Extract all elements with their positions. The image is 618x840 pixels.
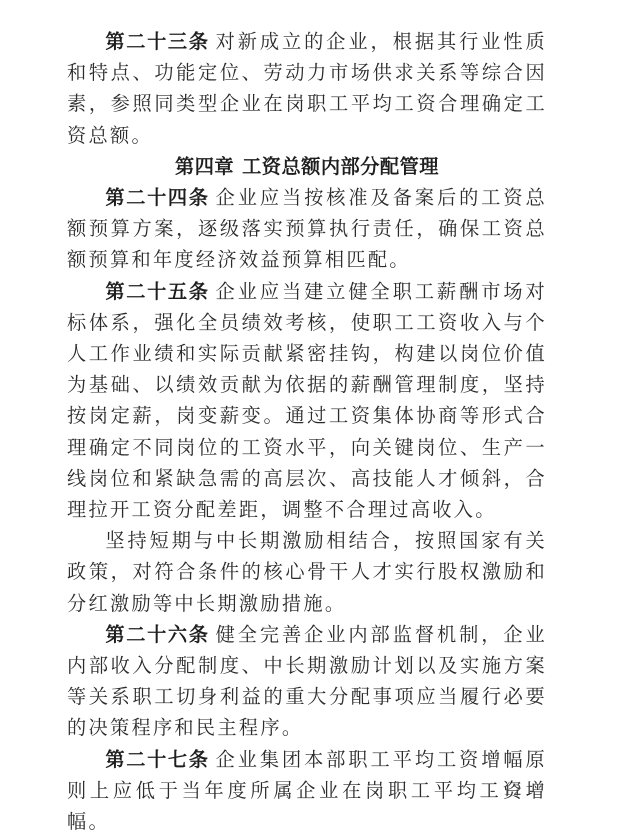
chapter-title: 工资总额内部分配管理 [242, 155, 439, 178]
article-number: 第二十六条 [105, 623, 209, 646]
article-25: 第二十五条企业应当建立健全职工薪酬市场对标体系，强化全员绩效考核，使职工工资收入… [67, 276, 547, 526]
article-number: 第二十四条 [105, 186, 209, 209]
article-number: 第二十七条 [105, 748, 209, 771]
article-text: 企业应当建立健全职工薪酬市场对标体系，强化全员绩效考核，使职工工资收入与个人工作… [67, 280, 547, 521]
page-number: - 12 - [490, 782, 537, 800]
article-27: 第二十七条企业集团本部职工平均工资增幅原则上应低于当年度所属企业在岗职工平均工资… [67, 744, 547, 838]
article-number: 第二十三条 [105, 30, 209, 53]
article-23: 第二十三条对新成立的企业，根据其行业性质和特点、功能定位、劳动力市场供求关系等综… [67, 26, 547, 151]
article-25-continuation: 坚持短期与中长期激励相结合，按照国家有关政策，对符合条件的核心骨干人才实行股权激… [67, 525, 547, 619]
article-number: 第二十五条 [105, 280, 209, 303]
paragraph-text: 坚持短期与中长期激励相结合，按照国家有关政策，对符合条件的核心骨干人才实行股权激… [67, 529, 547, 614]
article-24: 第二十四条企业应当按核准及备案后的工资总额预算方案，逐级落实预算执行责任，确保工… [67, 182, 547, 276]
document-page: 第二十三条对新成立的企业，根据其行业性质和特点、功能定位、劳动力市场供求关系等综… [67, 26, 547, 837]
article-26: 第二十六条健全完善企业内部监督机制，企业内部收入分配制度、中长期激励计划以及实施… [67, 619, 547, 744]
chapter-heading: 第四章工资总额内部分配管理 [67, 151, 547, 182]
chapter-number: 第四章 [175, 155, 234, 178]
